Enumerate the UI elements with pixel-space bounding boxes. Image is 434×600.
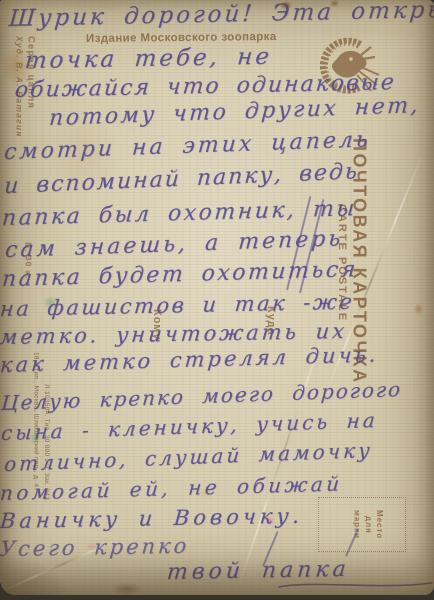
handwriting-line-16: помогай ей, не обижай (0, 471, 344, 505)
stamp-box: Место для марки (318, 497, 406, 552)
handwriting-line-1: Шурик дорогой! Эта откры- (8, 0, 434, 32)
handwriting-line-2: точка тебе, не (24, 44, 273, 74)
publisher-line: Издание Московского зоопарка (86, 31, 277, 45)
stamp-box-word: для (363, 503, 374, 546)
handwriting-line-6: и вспоминай папку, ведь (3, 159, 359, 199)
handwriting-line-18: Усего крепко (0, 534, 190, 561)
handwriting-line-10: на фашистов и так -же (0, 290, 355, 321)
stain (112, 583, 142, 595)
stain (414, 303, 423, 315)
handwriting-line-17: Ваничку и Вовочку. (0, 504, 304, 533)
stamp-box-word: Место (374, 503, 385, 546)
handwriting-line-5: смотри на этих цапель (3, 127, 371, 165)
handwriting-line-15: отлично, слушай мамочку (3, 438, 373, 476)
signature-flourish (278, 577, 434, 593)
postcard-back: Издание Московского зоопарка Серая цапля… (0, 0, 434, 595)
